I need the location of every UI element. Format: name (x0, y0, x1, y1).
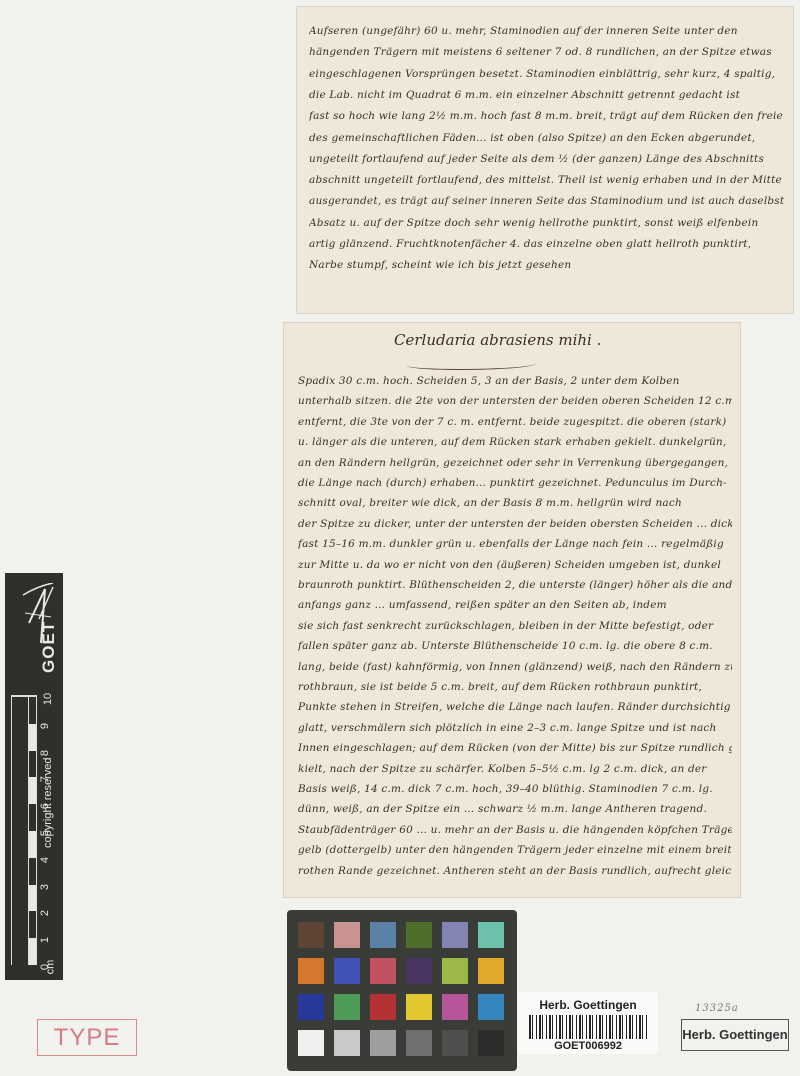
manuscript-line: entfernt, die 3te von der 7 c. m. entfer… (298, 416, 732, 428)
barcode-herbarium-name: Herb. Goettingen (518, 998, 658, 1012)
barcode-number: GOET006992 (518, 1040, 658, 1052)
manuscript-line: fallen später ganz ab. Unterste Blüthens… (298, 640, 732, 652)
ruler-tick-label: 3 (39, 884, 51, 890)
color-swatch (370, 994, 396, 1020)
manuscript-line: zur Mitte u. da wo er nicht von den (äuß… (298, 559, 732, 571)
manuscript-line: u. länger als die unteren, auf dem Rücke… (298, 436, 732, 448)
manuscript-line: kielt, nach der Spitze zu schärfer. Kolb… (298, 763, 732, 775)
ruler-tick-label: 4 (39, 857, 51, 863)
manuscript-line: Spadix 30 c.m. hoch. Scheiden 5, 3 an de… (298, 375, 732, 387)
color-swatch (298, 922, 324, 948)
color-swatch (478, 958, 504, 984)
manuscript-line: sie sich fast senkrecht zurückschlagen, … (298, 620, 732, 632)
color-swatch (334, 1030, 360, 1056)
manuscript-line: abschnitt ungeteilt fortlaufend, des mit… (309, 174, 785, 186)
manuscript-line: schnitt oval, breiter wie dick, an der B… (298, 497, 732, 509)
manuscript-line: an den Rändern hellgrün, gezeichnet oder… (298, 457, 732, 469)
ruler-segment (12, 937, 36, 965)
color-swatch (478, 994, 504, 1020)
color-calibration-chart (287, 910, 517, 1071)
color-swatch (442, 1030, 468, 1056)
manuscript-line: Absatz u. auf der Spitze doch sehr wenig… (309, 217, 785, 229)
manuscript-line: die Lab. nicht im Quadrat 6 m.m. ein ein… (309, 89, 785, 101)
scale-ruler: GOET copyright reserved 012345678910 cm (5, 573, 63, 980)
ruler-scale-bar (11, 695, 37, 965)
manuscript-line: hängenden Trägern mit meistens 6 seltene… (309, 46, 785, 58)
ruler-segment (12, 750, 36, 778)
manuscript-line: der Spitze zu dicker, unter der unterste… (298, 518, 732, 530)
barcode-label: Herb. Goettingen GOET006992 (518, 992, 658, 1054)
color-swatch (370, 1030, 396, 1056)
ruler-segment (12, 696, 36, 724)
ruler-brand: GOET (39, 621, 59, 673)
manuscript-line: des gemeinschaftlichen Fäden... ist oben… (309, 132, 785, 144)
ruler-segment (12, 830, 36, 858)
color-swatch (442, 958, 468, 984)
title-underline-flourish (406, 359, 536, 370)
ruler-tick-label: 1 (39, 937, 51, 943)
color-swatch (298, 994, 324, 1020)
ruler-tick-labels: 012345678910 (42, 681, 58, 971)
ruler-tick-label: 7 (39, 776, 51, 782)
manuscript-line: rothbraun, sie ist beide 5 c.m. breit, a… (298, 681, 732, 693)
ruler-tick-label: 2 (39, 910, 51, 916)
ruler-tick-label: 8 (39, 750, 51, 756)
color-swatch (478, 1030, 504, 1056)
color-swatch (370, 958, 396, 984)
manuscript-line: braunroth punktirt. Blüthenscheiden 2, d… (298, 579, 732, 591)
ruler-tick-label: 10 (42, 693, 54, 705)
manuscript-line: die Länge nach (durch) erhaben... punkti… (298, 477, 732, 489)
manuscript-line: artig glänzend. Fruchtknotenfächer 4. da… (309, 238, 785, 250)
manuscript-line: glatt, verschmälern sich plötzlich in ei… (298, 722, 732, 734)
ruler-segment (12, 884, 36, 912)
color-swatch (334, 994, 360, 1020)
manuscript-line: rothen Rande gezeichnet. Antheren steht … (298, 865, 732, 877)
ruler-segment (12, 910, 36, 938)
manuscript-line: fast so hoch wie lang 2½ m.m. hoch fast … (309, 110, 785, 122)
color-swatch (478, 922, 504, 948)
herbarium-stamp: Herb. Goettingen (681, 1019, 789, 1051)
color-swatch (406, 1030, 432, 1056)
barcode-icon (529, 1015, 647, 1039)
manuscript-line: ausgerandet, es trägt auf seiner inneren… (309, 195, 785, 207)
ruler-segment (12, 803, 36, 831)
color-swatch (406, 994, 432, 1020)
color-swatch (334, 922, 360, 948)
ruler-segment (12, 776, 36, 804)
manuscript-line: lang, beide (fast) kahnförmig, von Innen… (298, 661, 732, 673)
manuscript-sheet-top: Aufseren (ungefähr) 60 u. mehr, Staminod… (297, 7, 793, 313)
manuscript-line: Aufseren (ungefähr) 60 u. mehr, Staminod… (309, 25, 785, 37)
manuscript-line: Basis weiß, 14 c.m. dick 7 c.m. hoch, 39… (298, 783, 732, 795)
manuscript-line: Punkte stehen in Streifen, welche die Lä… (298, 701, 732, 713)
ruler-segment (12, 857, 36, 885)
ruler-tick-label: 6 (39, 803, 51, 809)
color-swatch (406, 922, 432, 948)
manuscript-line: ungeteilt fortlaufend auf jeder Seite al… (309, 153, 785, 165)
manuscript-line: Narbe stumpf, scheint wie ich bis jetzt … (309, 259, 785, 271)
manuscript-line: eingeschlagenen Vorsprüngen besetzt. Sta… (309, 68, 785, 80)
manuscript-line: Innen eingeschlagen; auf dem Rücken (von… (298, 742, 732, 754)
color-swatch (442, 922, 468, 948)
ruler-segment (12, 723, 36, 751)
manuscript-line: Staubfädenträger 60 ... u. mehr an der B… (298, 824, 732, 836)
color-swatch (370, 922, 396, 948)
manuscript-sheet-main: Cerludaria abrasiens mihi . Spadix 30 c.… (284, 323, 740, 897)
manuscript-line: unterhalb sitzen. die 2te von der unters… (298, 395, 732, 407)
color-swatch (298, 958, 324, 984)
type-stamp: TYPE (37, 1019, 137, 1056)
manuscript-line: dünn, weiß, an der Spitze ein ... schwar… (298, 803, 732, 815)
ruler-tick-label: 9 (39, 723, 51, 729)
ruler-tick-label: 5 (39, 830, 51, 836)
accession-number: 13325a (695, 1003, 739, 1014)
species-title: Cerludaria abrasiens mihi . (394, 331, 601, 349)
color-swatch (406, 958, 432, 984)
color-swatch (442, 994, 468, 1020)
ruler-unit: cm (44, 960, 56, 975)
color-swatch (298, 1030, 324, 1056)
manuscript-line: anfangs ganz ... umfassend, reißen späte… (298, 599, 732, 611)
color-swatch (334, 958, 360, 984)
manuscript-line: gelb (dottergelb) unter den hängenden Tr… (298, 844, 732, 856)
manuscript-line: fast 15–16 m.m. dunkler grün u. ebenfall… (298, 538, 732, 550)
